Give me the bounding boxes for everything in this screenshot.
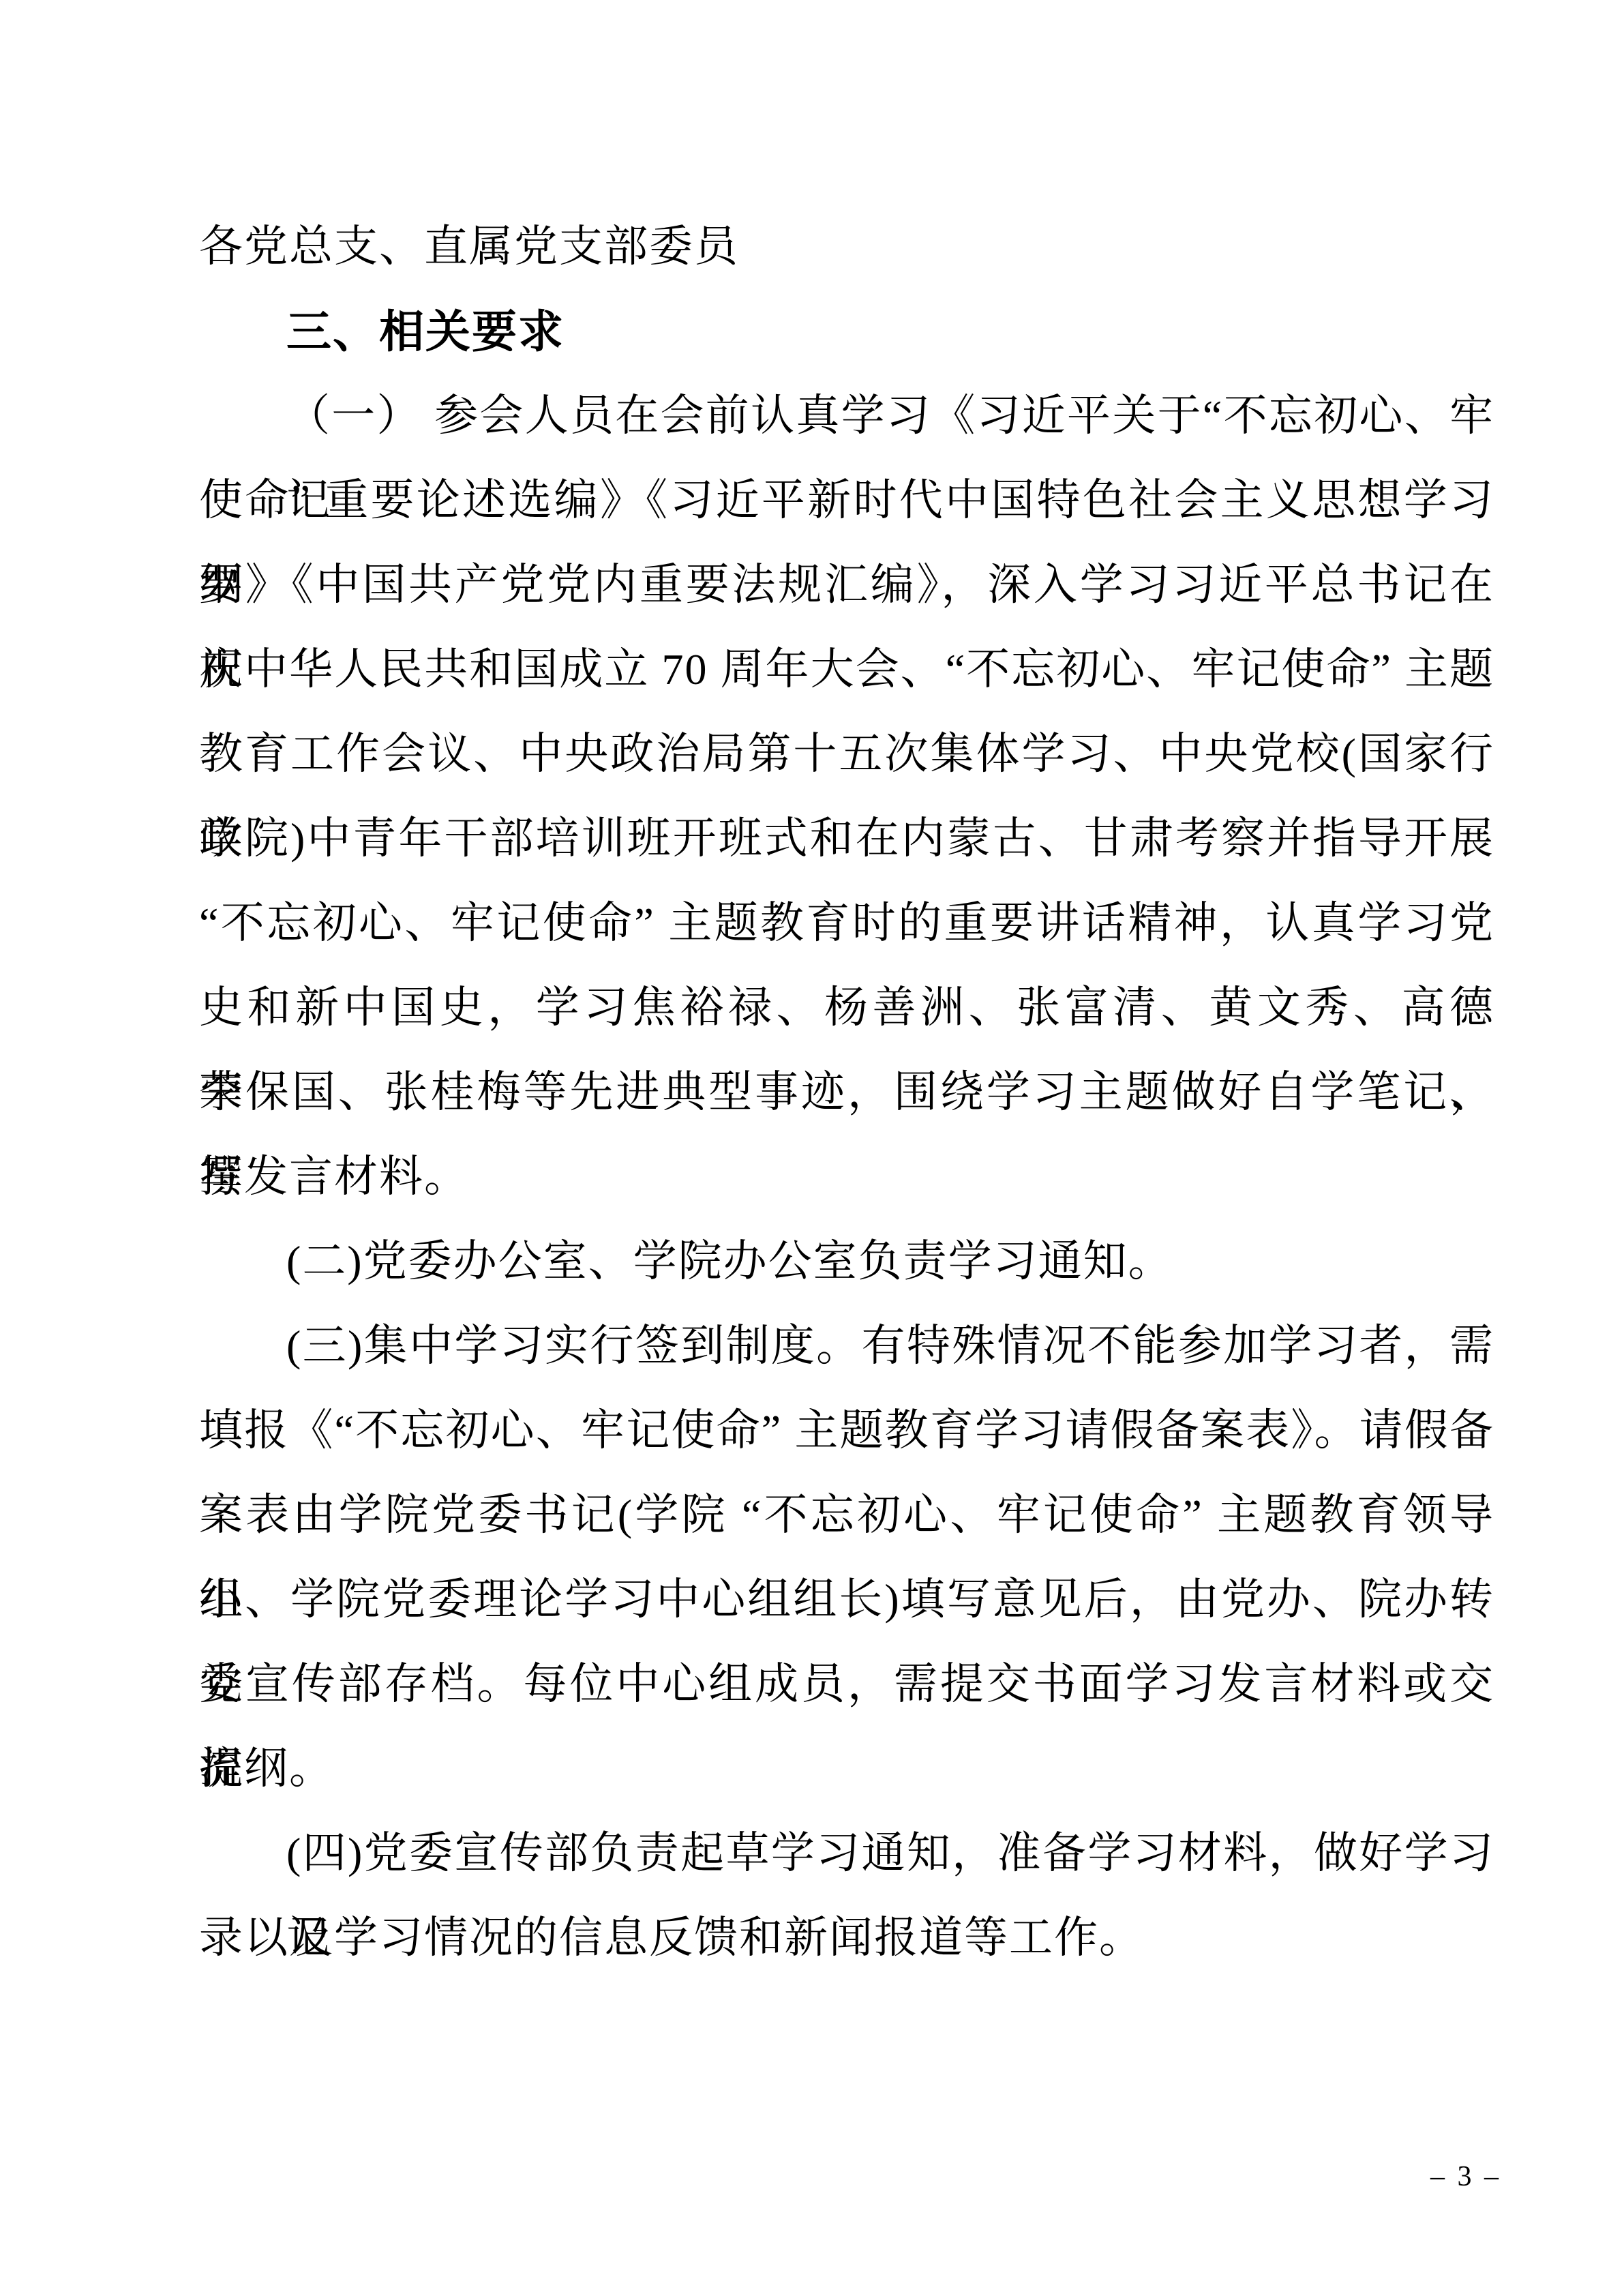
text-line: (二)党委办公室、学院办公室负责学习通知。 — [199, 1219, 1494, 1304]
text-line: 学院)中青年干部培训班开班式和在内蒙古、甘肃考察并指导开展 — [199, 796, 1494, 881]
text-line: 祝中华人民共和国成立 70 周年大会、“不忘初心、牢记使命” 主题 — [199, 627, 1494, 712]
text-line: 案表由学院党委书记(学院 “不忘初心、牢记使命” 主题教育领导小 — [199, 1473, 1494, 1557]
text-line: 使命” 重要论述选编》《习近平新时代中国特色社会主义思想学习纲 — [199, 458, 1494, 543]
text-line: (四)党委宣传部负责起草学习通知，准备学习材料，做好学习记 — [199, 1811, 1494, 1896]
recipient-line: 各党总支、直属党支部委员 — [199, 205, 1494, 289]
text-line: 组、学院党委理论学习中心组组长)填写意见后，由党办、院办转党 — [199, 1557, 1494, 1642]
text-line: 录以及学习情况的信息反馈和新闻报道等工作。 — [199, 1896, 1494, 1980]
document-body: 各党总支、直属党支部委员 三、相关要求 （一） 参会人员在会前认真学习《习近平关… — [199, 205, 1494, 1980]
text-line: （一） 参会人员在会前认真学习《习近平关于“不忘初心、牢记 — [199, 374, 1494, 458]
text-line: 史和新中国史，学习焦裕禄、杨善洲、张富清、黄文秀、高德荣、 — [199, 966, 1494, 1050]
text-line: 李保国、张桂梅等先进典型事迹，围绕学习主题做好自学笔记，撰 — [199, 1050, 1494, 1135]
text-line: 委宣传部存档。每位中心组成员，需提交书面学习发言材料或交流 — [199, 1642, 1494, 1727]
text-line: (三)集中学习实行签到制度。有特殊情况不能参加学习者，需 — [199, 1304, 1494, 1388]
text-line: 教育工作会议、中央政治局第十五次集体学习、中央党校(国家行政 — [199, 712, 1494, 796]
text-line: 写发言材料。 — [199, 1135, 1494, 1219]
document-page: 各党总支、直属党支部委员 三、相关要求 （一） 参会人员在会前认真学习《习近平关… — [0, 0, 1624, 2296]
text-line: “不忘初心、牢记使命” 主题教育时的重要讲话精神，认真学习党 — [199, 881, 1494, 966]
text-line: 提纲。 — [199, 1727, 1494, 1811]
text-line: 要》《中国共产党党内重要法规汇编》，深入学习习近平总书记在庆 — [199, 543, 1494, 627]
page-number: – 3 – — [1430, 2160, 1501, 2193]
text-line: 填报《“不忘初心、牢记使命” 主题教育学习请假备案表》。请假备 — [199, 1388, 1494, 1473]
section-heading: 三、相关要求 — [199, 289, 1494, 374]
